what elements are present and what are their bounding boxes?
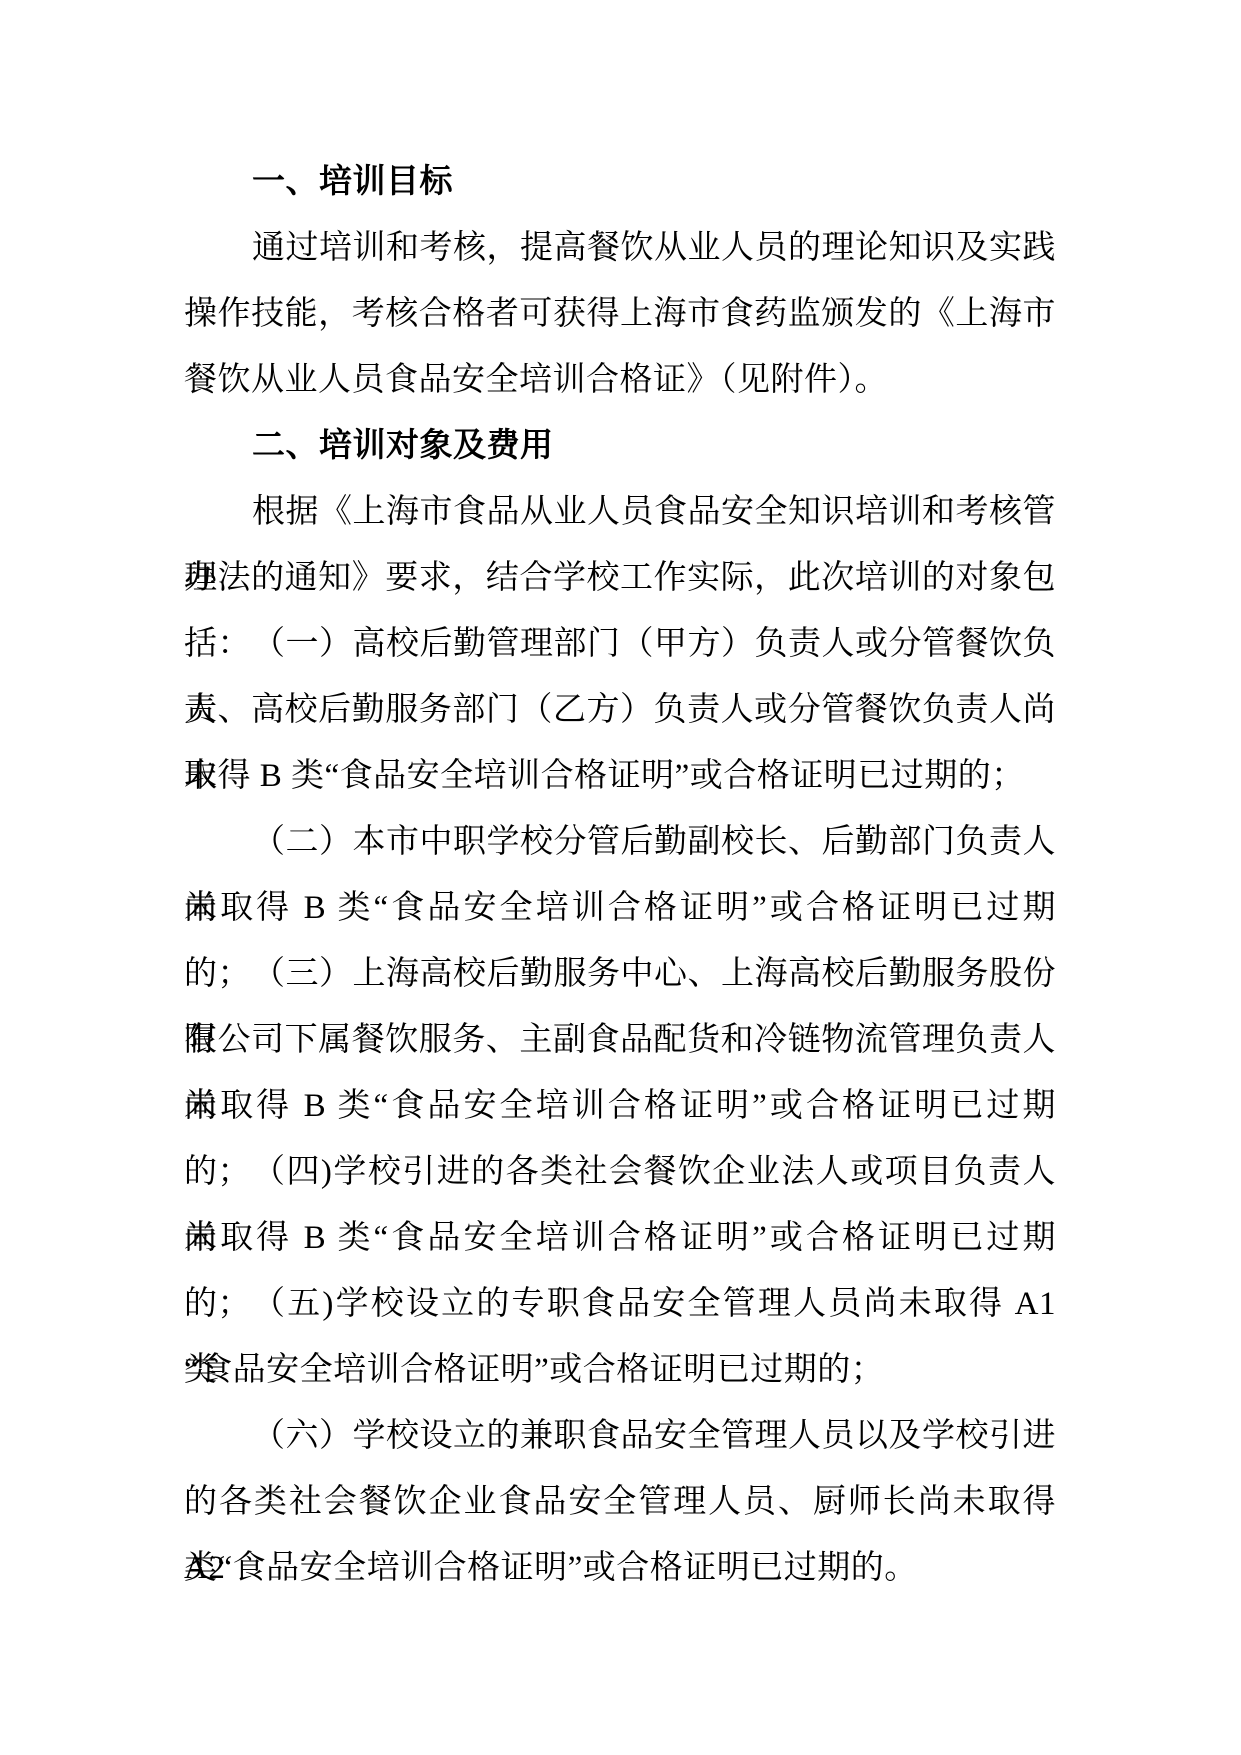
document-line: 取得 B 类“食品安全培训合格证明”或合格证明已过期的； xyxy=(184,743,1056,809)
paragraph-training-goal: 通过培训和考核，提高餐饮从业人员的理论知识及实践 操作技能，考核合格者可获得上海… xyxy=(184,215,1056,413)
document-line: 办法的通知》要求，结合学校工作实际，此次培训的对象包括： xyxy=(184,545,1056,611)
document-line: （三）上海高校后勤服务中心、上海高校后勤服务股份有 xyxy=(184,941,1056,1007)
section-training-audience: 二、培训对象及费用 xyxy=(184,413,1056,479)
document-line: 操作技能，考核合格者可获得上海市食药监颁发的《上海市 xyxy=(184,281,1056,347)
list-item-5: （五)学校设立的专职食品安全管理人员尚未取得 A1 类 “食品安全培训合格证明”… xyxy=(184,1271,1056,1403)
document-line: 通过培训和考核，提高餐饮从业人员的理论知识及实践 xyxy=(184,215,1056,281)
document-line: 餐饮从业人员食品安全培训合格证》（见附件）。 xyxy=(184,347,1056,413)
document-line: 根据《上海市食品从业人员食品安全知识培训和考核管理 xyxy=(184,479,1056,545)
list-item-1: （一）高校后勤管理部门（甲方）负责人或分管餐饮负责 人、高校后勤服务部门（乙方）… xyxy=(184,611,1056,809)
section-training-goal: 一、培训目标 xyxy=(184,149,1056,215)
document-line: （二）本市中职学校分管后勤副校长、后勤部门负责人尚 xyxy=(184,809,1056,875)
list-item-4: （四)学校引进的各类社会餐饮企业法人或项目负责人尚 未取得 B 类“食品安全培训… xyxy=(184,1139,1056,1271)
document-line: （四)学校引进的各类社会餐饮企业法人或项目负责人尚 xyxy=(184,1139,1056,1205)
document-line: 未取得 B 类“食品安全培训合格证明”或合格证明已过期的； xyxy=(184,875,1056,941)
document-line: 未取得 B 类“食品安全培训合格证明”或合格证明已过期的； xyxy=(184,1073,1056,1139)
section-heading: 一、培训目标 xyxy=(184,149,1056,215)
list-item-6: （六）学校设立的兼职食品安全管理人员以及学校引进 的各类社会餐饮企业食品安全管理… xyxy=(184,1403,1056,1601)
document-line: 的各类社会餐饮企业食品安全管理人员、厨师长尚未取得 A2 xyxy=(184,1469,1056,1535)
section-heading: 二、培训对象及费用 xyxy=(184,413,1056,479)
document-page: 一、培训目标 通过培训和考核，提高餐饮从业人员的理论知识及实践 操作技能，考核合… xyxy=(0,0,1241,1755)
document-line: “食品安全培训合格证明”或合格证明已过期的； xyxy=(184,1337,1056,1403)
list-item-2: （二）本市中职学校分管后勤副校长、后勤部门负责人尚 未取得 B 类“食品安全培训… xyxy=(184,809,1056,941)
document-line: 限公司下属餐饮服务、主副食品配货和冷链物流管理负责人尚 xyxy=(184,1007,1056,1073)
document-line: （一）高校后勤管理部门（甲方）负责人或分管餐饮负责 xyxy=(184,611,1056,677)
document-line: 未取得 B 类“食品安全培训合格证明”或合格证明已过期的； xyxy=(184,1205,1056,1271)
document-body: 一、培训目标 通过培训和考核，提高餐饮从业人员的理论知识及实践 操作技能，考核合… xyxy=(184,149,1056,1601)
paragraph-basis: 根据《上海市食品从业人员食品安全知识培训和考核管理 办法的通知》要求，结合学校工… xyxy=(184,479,1056,611)
document-line: （六）学校设立的兼职食品安全管理人员以及学校引进 xyxy=(184,1403,1056,1469)
document-line: 类“食品安全培训合格证明”或合格证明已过期的。 xyxy=(184,1535,1056,1601)
list-item-3: （三）上海高校后勤服务中心、上海高校后勤服务股份有 限公司下属餐饮服务、主副食品… xyxy=(184,941,1056,1139)
document-line: 人、高校后勤服务部门（乙方）负责人或分管餐饮负责人尚未 xyxy=(184,677,1056,743)
document-line: （五)学校设立的专职食品安全管理人员尚未取得 A1 类 xyxy=(184,1271,1056,1337)
